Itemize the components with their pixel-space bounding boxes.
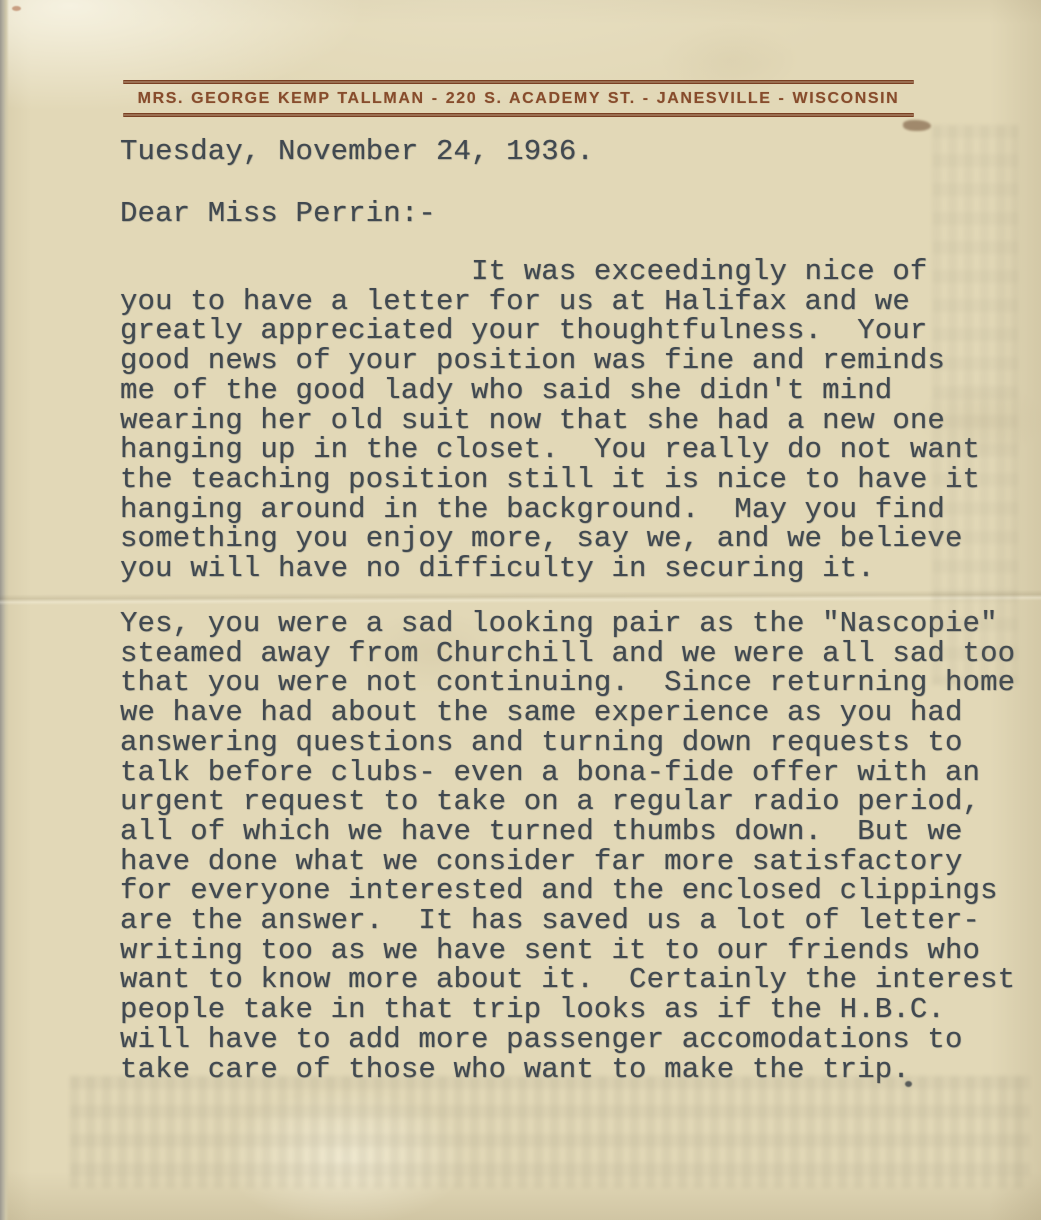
letter-page: MRS. GEORGE KEMP TALLMAN - 220 S. ACADEM… <box>0 0 1041 1220</box>
salutation: Dear Miss Perrin:- <box>120 199 436 229</box>
letterhead: MRS. GEORGE KEMP TALLMAN - 220 S. ACADEM… <box>123 80 914 117</box>
body-paragraph-2: Yes, you were a sad looking pair as the … <box>120 609 1015 1084</box>
ink-showthrough-bottom <box>70 1076 1030 1188</box>
ink-smudge <box>903 120 931 131</box>
ink-speck <box>12 6 21 11</box>
ink-showthrough-right <box>932 125 1018 685</box>
date-line: Tuesday, November 24, 1936. <box>120 137 594 167</box>
body-paragraph-1: It was exceedingly nice of you to have a… <box>120 257 980 584</box>
ink-speck <box>905 1081 912 1087</box>
scan-edge <box>0 0 9 1220</box>
fold-crease <box>0 590 1041 606</box>
letterhead-text: MRS. GEORGE KEMP TALLMAN - 220 S. ACADEM… <box>123 84 914 113</box>
letterhead-rule-bottom <box>123 113 914 117</box>
